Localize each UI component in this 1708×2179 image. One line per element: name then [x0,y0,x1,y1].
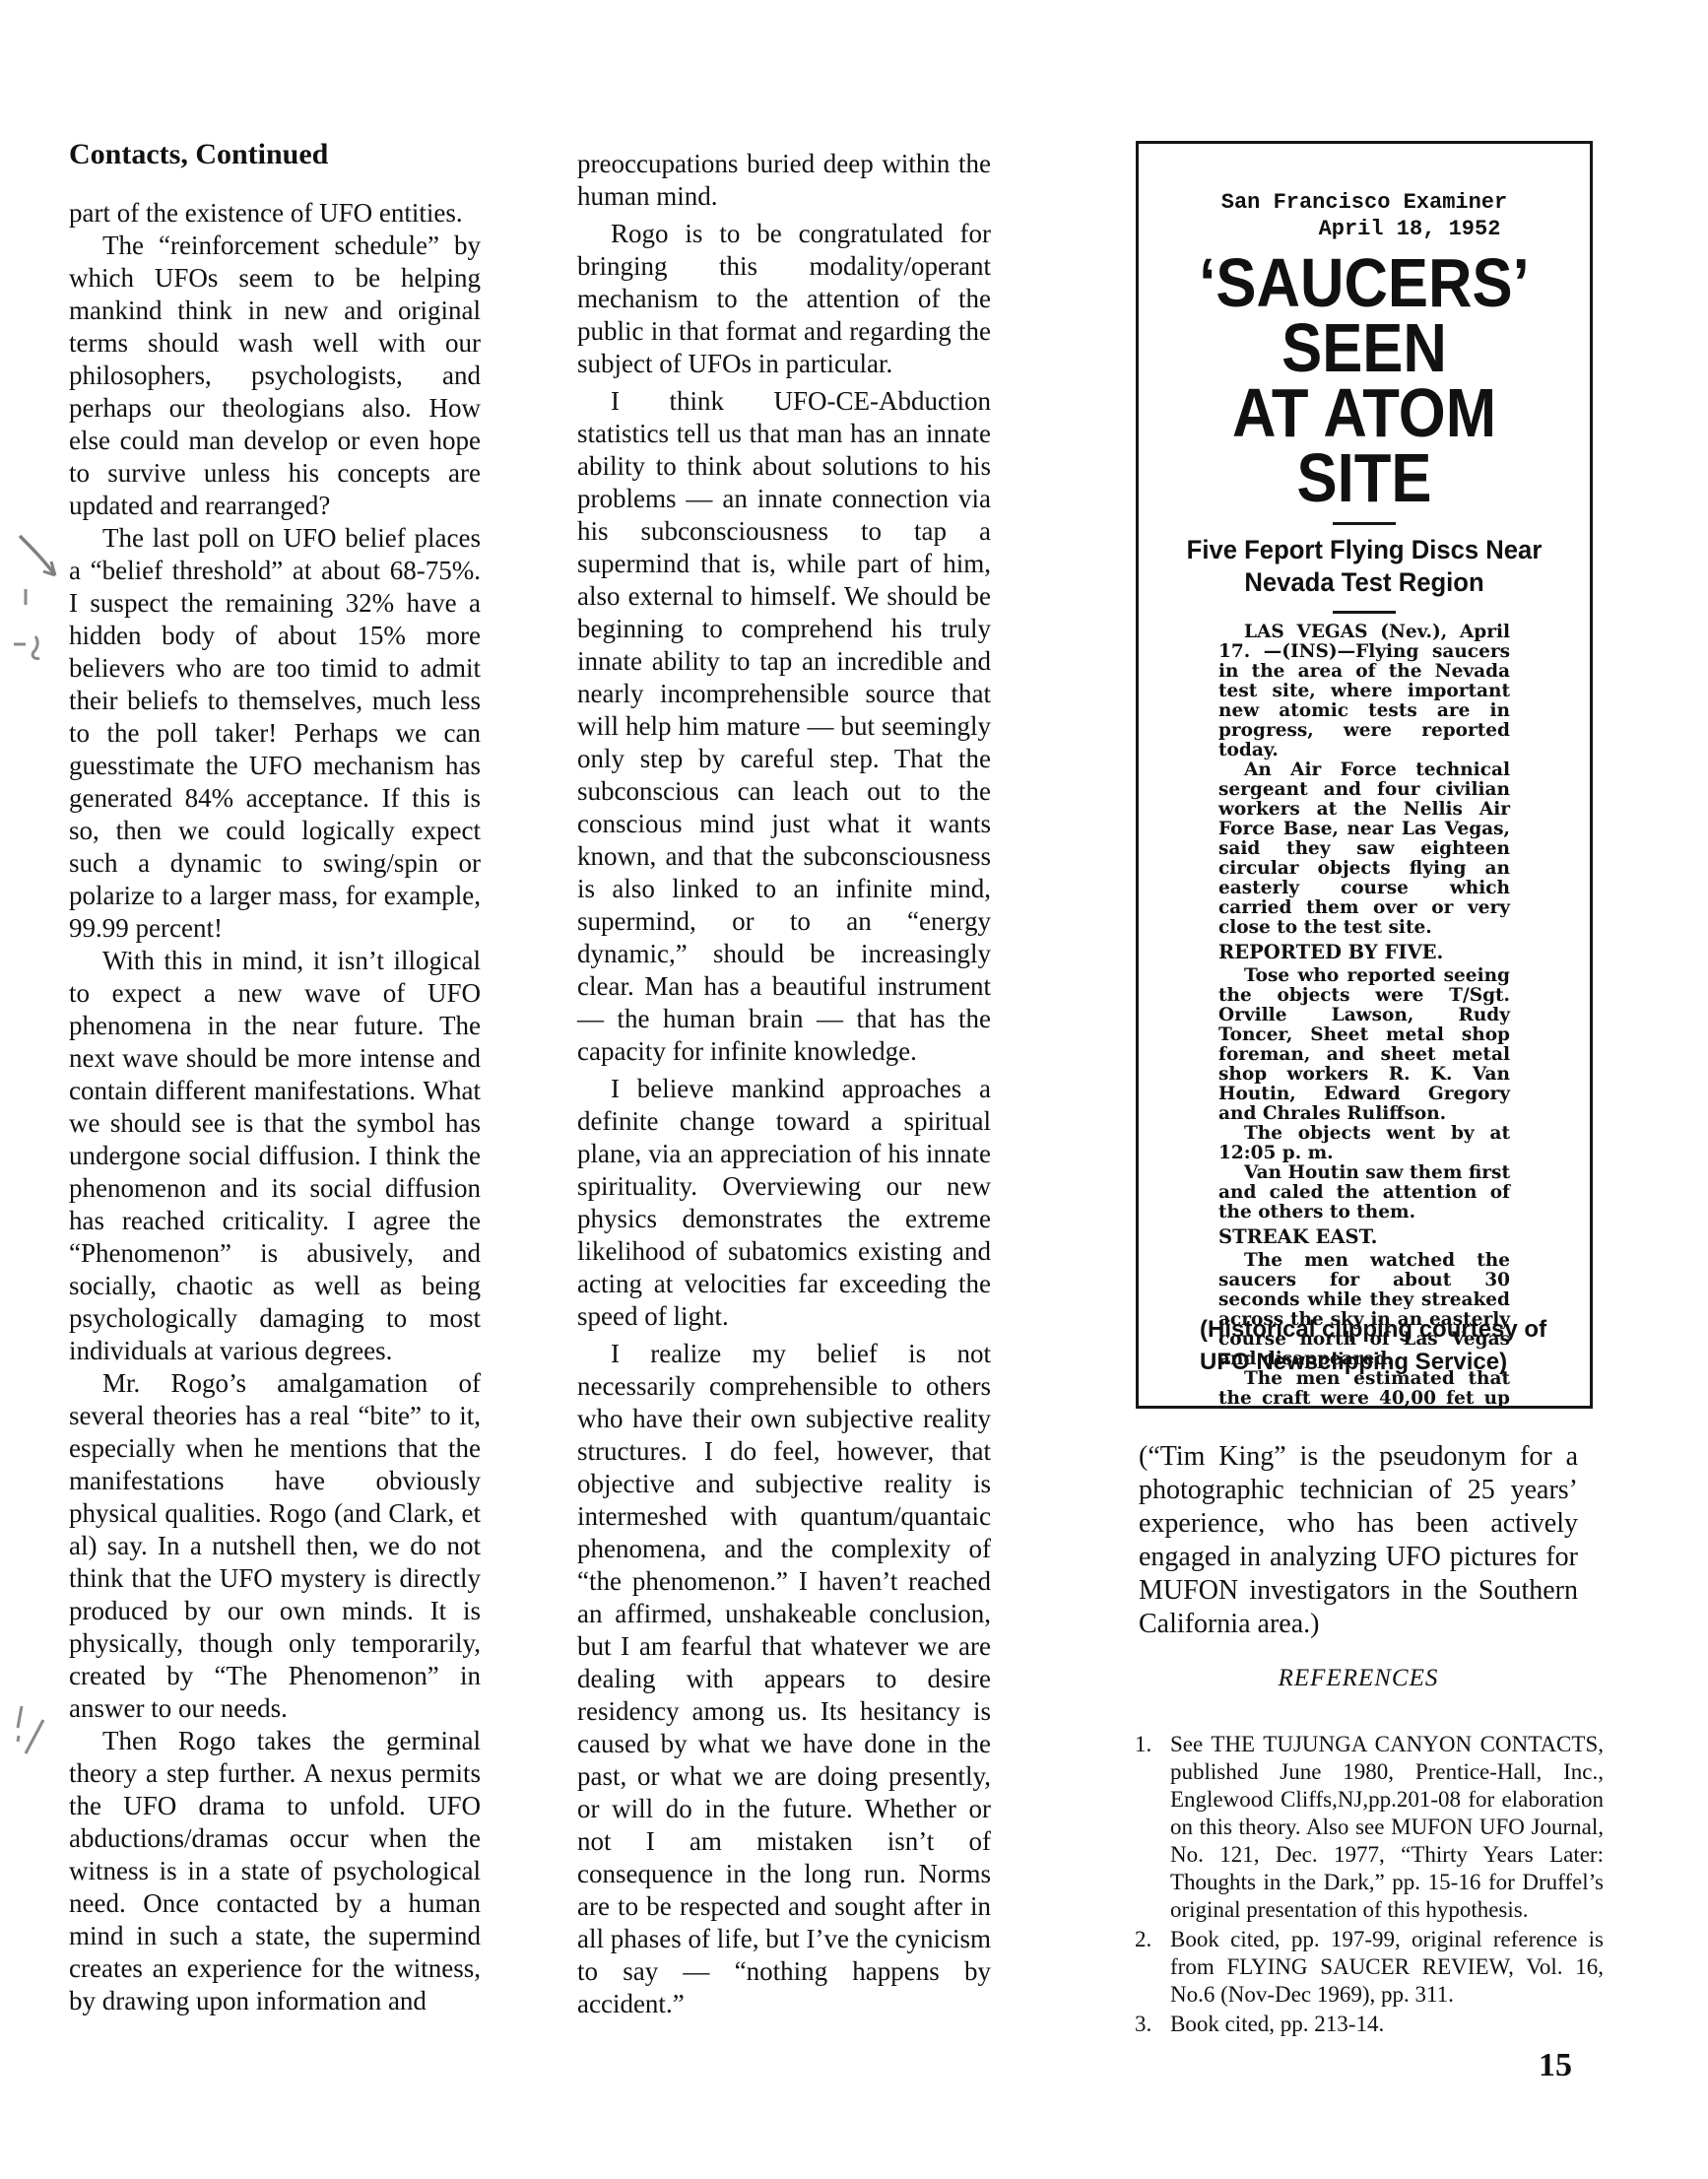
clipping-section-heading: STREAK EAST. [1218,1227,1510,1247]
paragraph: Rogo is to be congratulated for bringing… [577,218,991,380]
clipping-headline-line1: ‘SAUCERS’ SEEN [1165,250,1562,380]
middle-column-text: preoccupations buried deep within the hu… [577,148,991,2020]
paragraph: The “reinforcement schedule” by which UF… [69,230,481,522]
clipping-paragraph: Van Houtin saw them first and caled the … [1218,1163,1510,1222]
clipping-subhead: Five Feport Flying Discs Near Nevada Tes… [1150,534,1578,599]
references-list: 1.See THE TUJUNGA CANYON CONTACTS, publi… [1119,1731,1604,2040]
reference-text: Book cited, pp. 197-99, original referen… [1170,1927,1604,2007]
left-column: Contacts, Continued part of the existenc… [69,138,481,2017]
paragraph: With this in mind, it isn’t illogical to… [69,945,481,1367]
divider [1333,522,1396,525]
references-heading: REFERENCES [1139,1665,1578,1692]
divider [1333,611,1396,614]
reference-number: 1. [1135,1731,1151,1758]
author-note: (“Tim King” is the pseudonym for a photo… [1139,1440,1578,1641]
clipping-credit: (Historical clipping courtesy of UFO New… [1200,1313,1546,1378]
reference-text: Book cited, pp. 213-14. [1170,2012,1384,2036]
paragraph: Then Rogo takes the germinal theory a st… [69,1725,481,2017]
clipping-subhead-line1: Five Feport Flying Discs Near [1150,534,1578,566]
reference-item: 1.See THE TUJUNGA CANYON CONTACTS, publi… [1119,1731,1604,1924]
clipping-paragraph: Tose who reported seeing the objects wer… [1218,966,1510,1124]
pencil-arrow-mark [16,532,67,609]
clipping-paragraph: An Air Force technical sergeant and four… [1218,760,1510,938]
clipping-headline: ‘SAUCERS’ SEEN AT ATOM SITE [1165,250,1562,510]
page-number: 15 [1539,2047,1572,2084]
clipping-source-date: April 18, 1952 [1184,216,1593,242]
paragraph: part of the existence of UFO entities. [69,197,481,230]
reference-number: 3. [1135,2011,1151,2038]
clipping-credit-line2: UFO Newsclipping Service) [1200,1346,1546,1378]
paragraph: I believe mankind approaches a definite … [577,1073,991,1333]
reference-text: See THE TUJUNGA CANYON CONTACTS, publish… [1170,1732,1604,1922]
clipping-source: San Francisco Examiner April 18, 1952 [1139,189,1590,242]
middle-column: preoccupations buried deep within the hu… [577,148,991,2025]
paragraph: preoccupations buried deep within the hu… [577,148,991,213]
reference-item: 3.Book cited, pp. 213-14. [1119,2011,1604,2038]
clipping-body: LAS VEGAS (Nev.), April 17. —(INS)—Flyin… [1218,623,1510,1409]
clipping-source-name: San Francisco Examiner [1139,189,1590,216]
pencil-scribble-mark [12,630,55,666]
clipping-headline-line2: AT ATOM SITE [1165,380,1562,510]
reference-item: 2.Book cited, pp. 197-99, original refer… [1119,1926,1604,2009]
clipping-paragraph: The objects went by at 12:05 p. m. [1218,1124,1510,1163]
paragraph: The last poll on UFO belief places a “be… [69,522,481,945]
clipping-credit-line1: (Historical clipping courtesy of [1200,1313,1546,1346]
newspaper-clipping: San Francisco Examiner April 18, 1952 ‘S… [1136,141,1593,1409]
section-heading: Contacts, Continued [69,138,481,171]
paragraph: I realize my belief is not necessarily c… [577,1338,991,2020]
paragraph: Mr. Rogo’s amalgamation of several theor… [69,1367,481,1725]
scanned-page: Contacts, Continued part of the existenc… [0,0,1708,2179]
left-column-text: part of the existence of UFO entities.Th… [69,197,481,2017]
clipping-paragraph: LAS VEGAS (Nev.), April 17. —(INS)—Flyin… [1218,623,1510,760]
clipping-subhead-line2: Nevada Test Region [1150,566,1578,599]
clipping-section-heading: REPORTED BY FIVE. [1218,943,1510,962]
paragraph: I think UFO-CE-Abduction statistics tell… [577,385,991,1068]
reference-number: 2. [1135,1926,1151,1953]
pencil-slash-mark [14,1702,53,1757]
